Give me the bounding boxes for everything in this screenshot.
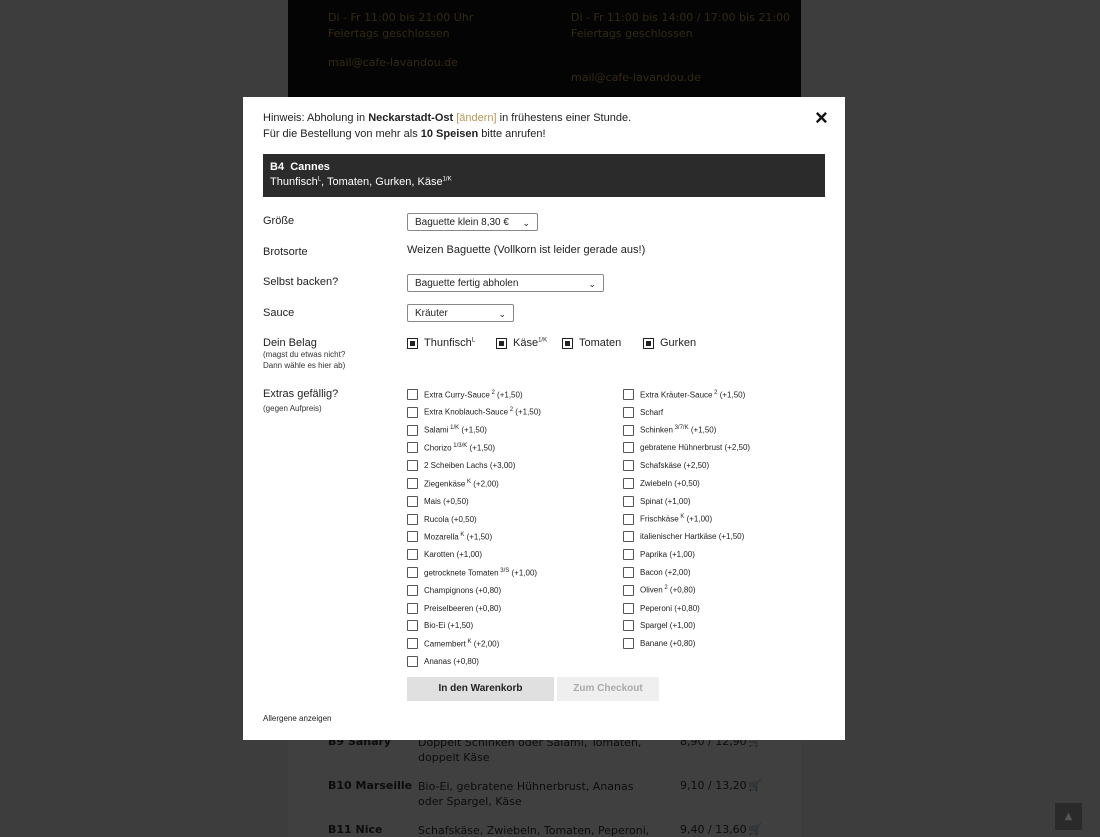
checkbox[interactable] xyxy=(407,531,418,542)
extra-label: Ananas (+0,80) xyxy=(424,657,479,666)
checkbox[interactable] xyxy=(407,549,418,560)
extra-checkbox[interactable]: 2 Scheiben Lachs (+3,00) xyxy=(407,459,515,472)
checkbox[interactable] xyxy=(407,585,418,596)
extra-label: Chorizo 1/3/K (+1,50) xyxy=(424,443,495,453)
checkbox[interactable] xyxy=(623,585,634,596)
extra-checkbox[interactable]: Rucola (+0,50) xyxy=(407,513,477,526)
size-select[interactable]: Baguette klein 8,30 €⌄ xyxy=(407,213,538,231)
extra-label: Camembert K (+2,00) xyxy=(424,639,499,649)
checkbox[interactable] xyxy=(496,338,507,349)
extra-label: Schinken 3/7/K (+1,50) xyxy=(640,425,716,435)
extra-checkbox[interactable]: Extra Kräuter-Sauce 2 (+1,50) xyxy=(623,388,745,401)
checkbox[interactable] xyxy=(407,425,418,436)
checkbox[interactable] xyxy=(623,549,634,560)
add-to-cart-button[interactable]: In den Warenkorb xyxy=(407,677,554,701)
extra-label: Spargel (+1,00) xyxy=(640,621,695,630)
checkbox[interactable] xyxy=(407,514,418,525)
extra-label: Scharf xyxy=(640,408,663,417)
extra-label: Ziegenkäse K (+2,00) xyxy=(424,479,499,489)
topping-label: Gurken xyxy=(660,337,696,349)
extra-label: italienischer Hartkäse (+1,50) xyxy=(640,532,744,541)
checkbox[interactable] xyxy=(407,460,418,471)
topping-label: Dein Belag (magst du etwas nicht? Dann w… xyxy=(263,337,345,371)
checkbox[interactable] xyxy=(623,425,634,436)
topping-label: ThunfischL xyxy=(424,337,475,349)
extra-checkbox[interactable]: Ziegenkäse K (+2,00) xyxy=(407,477,499,490)
checkout-button[interactable]: Zum Checkout xyxy=(557,677,659,701)
sauce-label: Sauce xyxy=(263,307,294,319)
extra-label: Karotten (+1,00) xyxy=(424,550,482,559)
close-icon[interactable]: × xyxy=(815,105,828,131)
extra-checkbox[interactable]: Schinken 3/7/K (+1,50) xyxy=(623,424,716,437)
sauce-select[interactable]: Kräuter⌄ xyxy=(407,304,514,322)
extra-label: gebratene Hühnerbrust (+2,50) xyxy=(640,443,750,452)
extra-label: Preiselbeeren (+0,80) xyxy=(424,604,501,613)
extras-label: Extras gefällig? (gegen Aufpreis) xyxy=(263,388,338,414)
checkbox[interactable] xyxy=(623,442,634,453)
item-title: B4 Cannes xyxy=(270,161,330,173)
checkbox[interactable] xyxy=(407,656,418,667)
extra-label: 2 Scheiben Lachs (+3,00) xyxy=(424,461,515,470)
extra-checkbox[interactable]: gebratene Hühnerbrust (+2,50) xyxy=(623,441,750,454)
size-label: Größe xyxy=(263,215,294,227)
extra-checkbox[interactable]: Bio-Ei (+1,50) xyxy=(407,619,473,632)
checkbox[interactable] xyxy=(623,638,634,649)
checkbox[interactable] xyxy=(623,514,634,525)
extra-checkbox[interactable]: Spargel (+1,00) xyxy=(623,619,695,632)
extra-checkbox[interactable]: Spinat (+1,00) xyxy=(623,495,690,508)
checkbox[interactable] xyxy=(407,603,418,614)
extra-label: Extra Curry-Sauce 2 (+1,50) xyxy=(424,390,523,400)
topping-checkbox[interactable]: Käse1/K xyxy=(496,337,547,349)
checkbox[interactable] xyxy=(643,338,654,349)
extra-checkbox[interactable]: Karotten (+1,00) xyxy=(407,548,482,561)
checkbox[interactable] xyxy=(623,460,634,471)
extra-checkbox[interactable]: Chorizo 1/3/K (+1,50) xyxy=(407,441,495,454)
extra-checkbox[interactable]: italienischer Hartkäse (+1,50) xyxy=(623,530,744,543)
product-modal: Hinweis: Abholung in Neckarstadt-Ost [än… xyxy=(243,97,845,740)
checkbox[interactable] xyxy=(623,407,634,418)
checkbox[interactable] xyxy=(623,496,634,507)
extra-checkbox[interactable]: Oliven 2 (+0,80) xyxy=(623,584,696,597)
item-header: B4 Cannes ThunfischL, Tomaten, Gurken, K… xyxy=(263,154,825,197)
checkbox[interactable] xyxy=(623,478,634,489)
topping-label: Käse1/K xyxy=(513,337,547,349)
extra-checkbox[interactable]: Paprika (+1,00) xyxy=(623,548,695,561)
checkbox[interactable] xyxy=(623,603,634,614)
bake-label: Selbst backen? xyxy=(263,276,338,288)
extra-label: Bio-Ei (+1,50) xyxy=(424,621,473,630)
ingredient: Käse1/K xyxy=(418,176,452,188)
extra-checkbox[interactable]: Extra Knoblauch-Sauce 2 (+1,50) xyxy=(407,406,541,419)
triangle-up-icon: ▲ xyxy=(1065,811,1073,822)
extra-checkbox[interactable]: Banane (+0,80) xyxy=(623,637,695,650)
extra-label: Frischkäse K (+1,00) xyxy=(640,514,712,524)
scroll-top-button[interactable]: ▲ xyxy=(1055,803,1082,830)
topping-label: Tomaten xyxy=(579,337,621,349)
checkbox[interactable] xyxy=(407,638,418,649)
checkbox[interactable] xyxy=(623,567,634,578)
topping-checkbox[interactable]: ThunfischL xyxy=(407,337,475,349)
item-ingredients: ThunfischL, Tomaten, Gurken, Käse1/K xyxy=(270,176,452,188)
extra-checkbox[interactable]: Ananas (+0,80) xyxy=(407,655,479,668)
extra-checkbox[interactable]: Bacon (+2,00) xyxy=(623,566,690,579)
bread-label: Brotsorte xyxy=(263,246,308,258)
extra-checkbox[interactable]: Zwiebeln (+0,50) xyxy=(623,477,700,490)
checkbox[interactable] xyxy=(562,338,573,349)
extra-checkbox[interactable]: Extra Curry-Sauce 2 (+1,50) xyxy=(407,388,523,401)
chevron-down-icon: ⌄ xyxy=(522,214,530,232)
extra-label: Extra Knoblauch-Sauce 2 (+1,50) xyxy=(424,407,541,417)
extra-label: Paprika (+1,00) xyxy=(640,550,695,559)
extra-checkbox[interactable]: Camembert K (+2,00) xyxy=(407,637,499,650)
extra-label: Bacon (+2,00) xyxy=(640,568,690,577)
topping-checkbox[interactable]: Gurken xyxy=(643,337,696,349)
checkbox[interactable] xyxy=(407,338,418,349)
change-location-link[interactable]: [ändern] xyxy=(456,112,496,124)
checkbox[interactable] xyxy=(623,620,634,631)
bread-value: Weizen Baguette (Vollkorn ist leider ger… xyxy=(407,244,645,256)
chevron-down-icon: ⌄ xyxy=(588,275,596,293)
extra-label: Rucola (+0,50) xyxy=(424,515,477,524)
extra-label: Banane (+0,80) xyxy=(640,639,695,648)
extra-checkbox[interactable]: Scharf xyxy=(623,406,663,419)
extra-checkbox[interactable]: Schafskäse (+2,50) xyxy=(623,459,709,472)
ingredient: ThunfischL xyxy=(270,176,321,188)
extra-checkbox[interactable]: Champignons (+0,80) xyxy=(407,584,501,597)
extra-label: Salami 1/K (+1,50) xyxy=(424,425,487,435)
pickup-notice: Hinweis: Abholung in Neckarstadt-Ost [än… xyxy=(263,110,631,142)
checkbox[interactable] xyxy=(407,567,418,578)
extra-label: Champignons (+0,80) xyxy=(424,586,501,595)
extra-label: Peperoni (+0,80) xyxy=(640,604,700,613)
ingredient: Tomaten xyxy=(327,176,369,188)
ingredient: Gurken xyxy=(375,176,411,188)
checkbox[interactable] xyxy=(407,496,418,507)
checkbox[interactable] xyxy=(407,407,418,418)
extra-label: Schafskäse (+2,50) xyxy=(640,461,709,470)
extra-checkbox[interactable]: Peperoni (+0,80) xyxy=(623,602,700,615)
extra-label: Zwiebeln (+0,50) xyxy=(640,479,700,488)
extra-checkbox[interactable]: Preiselbeeren (+0,80) xyxy=(407,602,501,615)
bake-select[interactable]: Baguette fertig abholen⌄ xyxy=(407,274,604,292)
checkbox[interactable] xyxy=(407,389,418,400)
extra-checkbox[interactable]: Mozarella K (+1,50) xyxy=(407,530,492,543)
extra-checkbox[interactable]: Frischkäse K (+1,00) xyxy=(623,513,712,526)
pickup-location: Neckarstadt-Ost xyxy=(368,112,453,124)
extra-checkbox[interactable]: Salami 1/K (+1,50) xyxy=(407,424,487,437)
extra-label: Mozarella K (+1,50) xyxy=(424,532,492,542)
topping-checkbox[interactable]: Tomaten xyxy=(562,337,621,349)
chevron-down-icon: ⌄ xyxy=(498,305,506,323)
checkbox[interactable] xyxy=(407,478,418,489)
checkbox[interactable] xyxy=(623,531,634,542)
extra-checkbox[interactable]: Mais (+0,50) xyxy=(407,495,469,508)
extra-label: Oliven 2 (+0,80) xyxy=(640,585,696,595)
checkbox[interactable] xyxy=(407,442,418,453)
extra-checkbox[interactable]: getrocknete Tomaten 3/S (+1,00) xyxy=(407,566,537,579)
show-allergens-link[interactable]: Allergene anzeigen xyxy=(263,714,332,723)
extra-label: getrocknete Tomaten 3/S (+1,00) xyxy=(424,568,537,578)
extra-label: Spinat (+1,00) xyxy=(640,497,690,506)
checkbox[interactable] xyxy=(407,620,418,631)
extra-label: Extra Kräuter-Sauce 2 (+1,50) xyxy=(640,390,745,400)
checkbox[interactable] xyxy=(623,389,634,400)
extra-label: Mais (+0,50) xyxy=(424,497,469,506)
